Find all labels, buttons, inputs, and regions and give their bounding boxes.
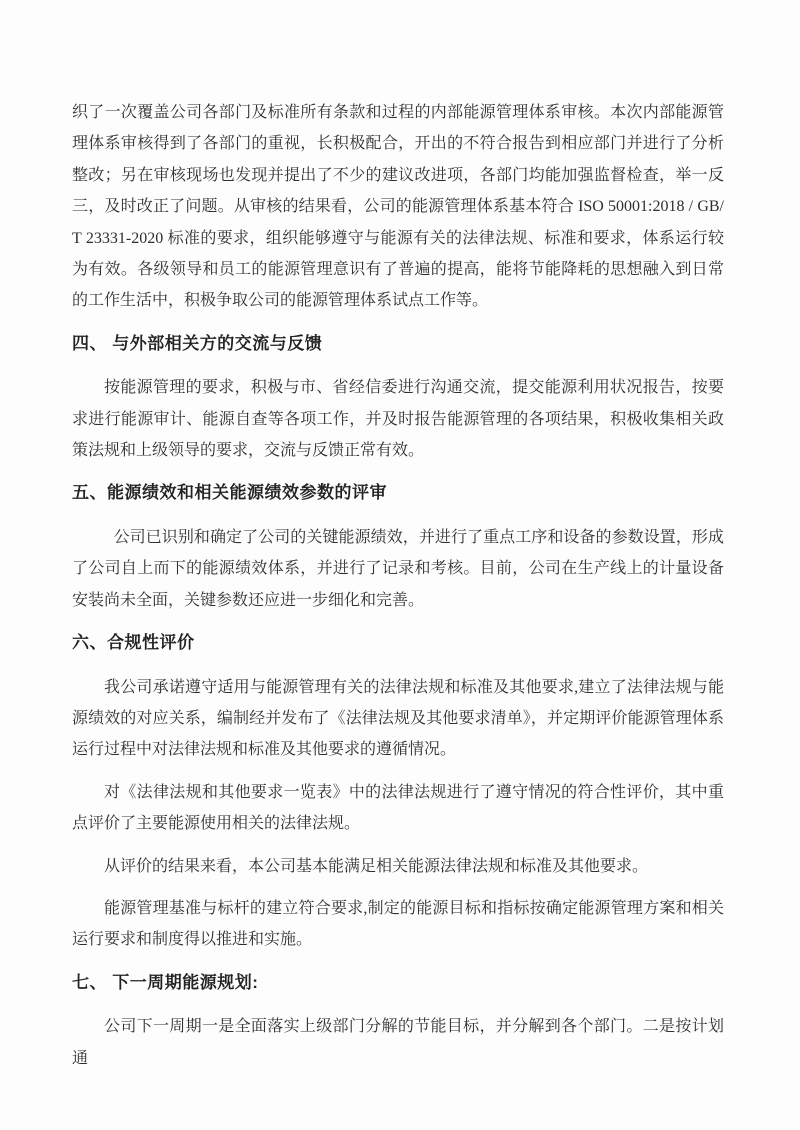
- body-paragraph: 能源管理基准与标杆的建立符合要求,制定的能源目标和指标按确定能源管理方案和相关运…: [72, 893, 724, 956]
- document-page: 织了一次覆盖公司各部门及标准所有条款和过程的内部能源管理体系审核。本次内部能源管…: [0, 0, 800, 1130]
- section-heading: 五、能源绩效和相关能源绩效参数的评审: [72, 477, 724, 508]
- body-paragraph: 织了一次覆盖公司各部门及标准所有条款和过程的内部能源管理体系审核。本次内部能源管…: [72, 97, 724, 317]
- section-heading: 四、 与外部相关方的交流与反馈: [72, 328, 724, 359]
- section-heading: 六、合规性评价: [72, 627, 724, 658]
- section-heading: 七、 下一周期能源规划:: [72, 967, 724, 998]
- body-paragraph: 按能源管理的要求，积极与市、省经信委进行沟通交流，提交能源利用状况报告，按要求进…: [72, 372, 724, 466]
- body-paragraph: 公司下一周期一是全面落实上级部门分解的节能目标，并分解到各个部门。二是按计划通: [72, 1011, 724, 1074]
- body-paragraph: 从评价的结果来看，本公司基本能满足相关能源法律法规和标准及其他要求。: [72, 851, 724, 882]
- body-paragraph: 对《法律法规和其他要求一览表》中的法律法规进行了遵守情况的符合性评价，其中重点评…: [72, 777, 724, 840]
- body-paragraph: 我公司承诺遵守适用与能源管理有关的法律法规和标准及其他要求,建立了法律法规与能源…: [72, 672, 724, 766]
- body-paragraph: 公司已识别和确定了公司的关键能源绩效，并进行了重点工序和设备的参数设置，形成了公…: [72, 522, 724, 616]
